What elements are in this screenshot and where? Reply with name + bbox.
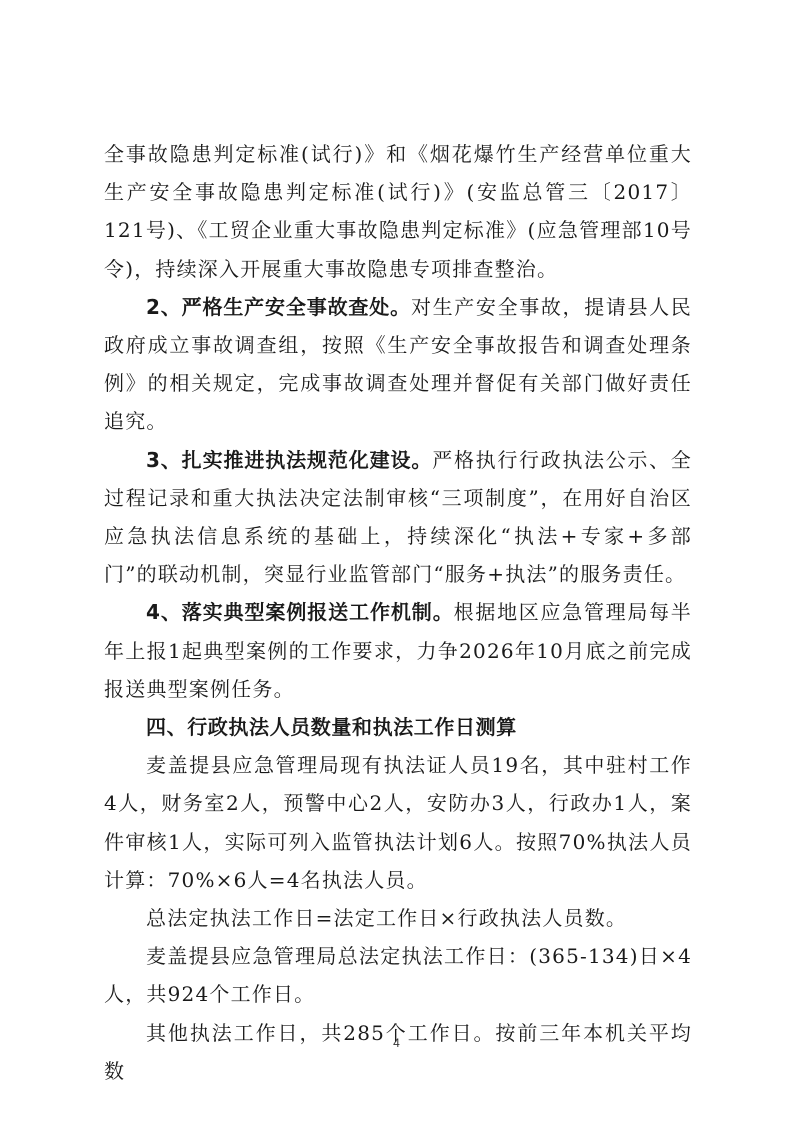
paragraph-text: 全事故隐患判定标准(试行)》和《烟花爆竹生产经营单位重大生产安全事故隐患判定标准… xyxy=(104,142,692,281)
section-heading-staffing-workdays: 四、行政执法人员数量和执法工作日测算 xyxy=(104,708,692,746)
paragraph-text: 总法定执法工作日=法定工作日×行政执法人员数。 xyxy=(146,906,627,930)
paragraph-other-workdays: 其他执法工作日，共285个工作日。按前三年本机关平均数 xyxy=(104,1014,692,1090)
paragraph-continuation-hazard-standards: 全事故隐患判定标准(试行)》和《烟花爆竹生产经营单位重大生产安全事故隐患判定标准… xyxy=(104,135,692,288)
paragraph-item-accident-investigation: 2、严格生产安全事故查处。对生产安全事故，提请县人民政府成立事故调查组，按照《生… xyxy=(104,288,692,441)
paragraph-workday-formula: 总法定执法工作日=法定工作日×行政执法人员数。 xyxy=(104,899,692,937)
paragraph-staff-count: 麦盖提县应急管理局现有执法证人员19名，其中驻村工作4人，财务室2人，预警中心2… xyxy=(104,746,692,899)
item-lead-heading: 4、落实典型案例报送工作机制。 xyxy=(146,600,454,624)
document-page: 全事故隐患判定标准(试行)》和《烟花爆竹生产经营单位重大生产安全事故隐患判定标准… xyxy=(104,135,692,1090)
paragraph-item-enforcement-standardization: 3、扎实推进执法规范化建设。严格执行行政执法公示、全过程记录和重大执法决定法制审… xyxy=(104,441,692,594)
paragraph-text: 麦盖提县应急管理局现有执法证人员19名，其中驻村工作4人，财务室2人，预警中心2… xyxy=(104,753,692,892)
paragraph-text: 其他执法工作日，共285个工作日。按前三年本机关平均数 xyxy=(104,1021,692,1083)
paragraph-text: 麦盖提县应急管理局总法定执法工作日：(365-134)日×4人，共924个工作日… xyxy=(104,944,692,1006)
page-number: 4 xyxy=(0,1036,793,1050)
paragraph-total-workdays: 麦盖提县应急管理局总法定执法工作日：(365-134)日×4人，共924个工作日… xyxy=(104,937,692,1013)
paragraph-item-case-reporting: 4、落实典型案例报送工作机制。根据地区应急管理局每半年上报1起典型案例的工作要求… xyxy=(104,593,692,708)
item-lead-heading: 2、严格生产安全事故查处。 xyxy=(146,295,411,319)
item-lead-heading: 3、扎实推进执法规范化建设。 xyxy=(146,448,432,472)
